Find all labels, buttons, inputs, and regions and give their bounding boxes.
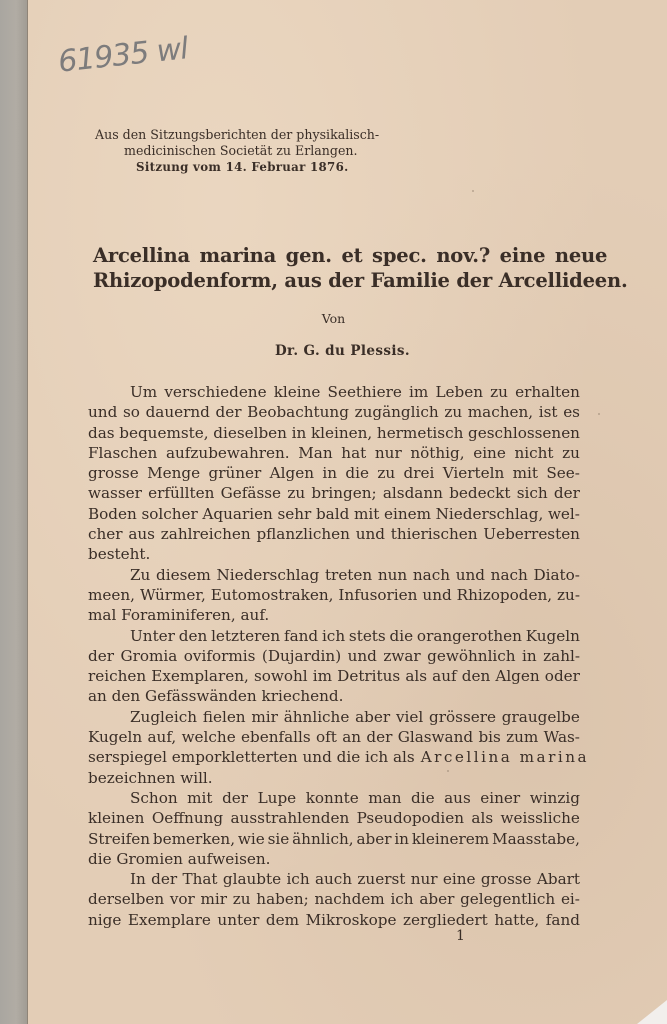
word: im bbox=[313, 666, 332, 686]
word: nicht bbox=[514, 443, 553, 463]
word: eine bbox=[443, 869, 476, 889]
text-line: die Gromien aufweisen. bbox=[88, 849, 580, 869]
word: kleine bbox=[274, 382, 321, 402]
word: treten bbox=[325, 565, 372, 585]
word: haben; bbox=[256, 889, 308, 909]
word: aus bbox=[444, 788, 471, 808]
word: der bbox=[554, 483, 580, 503]
word: zahl- bbox=[543, 646, 580, 666]
word: zu bbox=[562, 443, 580, 463]
word: bringen; bbox=[311, 483, 376, 503]
word: zu bbox=[377, 463, 395, 483]
word: derselben bbox=[88, 889, 164, 909]
word: als bbox=[405, 666, 427, 686]
word: Aquarien bbox=[202, 504, 272, 524]
text-line: ZudiesemNiederschlagtretennunnachundnach… bbox=[88, 565, 580, 585]
word: die bbox=[390, 626, 414, 646]
word: Kugeln bbox=[526, 626, 580, 646]
text-line: Streifenbemerken,wiesieähnlich,aberinkle… bbox=[88, 829, 580, 849]
word: thierischen bbox=[391, 524, 478, 544]
word: und bbox=[456, 565, 485, 585]
word: ich bbox=[390, 889, 413, 909]
word: Zugleich bbox=[130, 707, 197, 727]
species-name-spaced: Arcellina marina bbox=[421, 747, 589, 767]
word: stets bbox=[349, 626, 386, 646]
word: nach bbox=[491, 565, 528, 585]
word: ich bbox=[286, 869, 309, 889]
word: pflanzlichen bbox=[256, 524, 349, 544]
text-line: besteht. bbox=[88, 544, 580, 564]
word: Vierteln bbox=[443, 463, 505, 483]
word: oviformis bbox=[184, 646, 256, 666]
word: vor bbox=[170, 889, 195, 909]
word: der bbox=[88, 646, 114, 666]
word: bis bbox=[478, 727, 500, 747]
word: Rhizopoden, bbox=[457, 585, 552, 605]
word: aus bbox=[128, 524, 155, 544]
word: dauernd bbox=[146, 402, 210, 422]
word: Algen bbox=[270, 463, 314, 483]
word: sehr bbox=[277, 504, 311, 524]
folded-corner bbox=[637, 1000, 667, 1024]
text-line: Zugleichfielenmirähnlicheabervielgrösser… bbox=[88, 707, 580, 727]
word: die bbox=[345, 463, 369, 483]
word: verschiedene bbox=[164, 382, 266, 402]
word: der bbox=[151, 869, 177, 889]
text-line: mal Foraminiferen, auf. bbox=[88, 605, 580, 625]
word: zergliedert bbox=[403, 910, 488, 930]
text-line: derselbenvormirzuhaben;nachdemichabergel… bbox=[88, 889, 580, 909]
word: orangerothen bbox=[417, 626, 522, 646]
text-line: undsodauerndderBeobachtungzugänglichzuma… bbox=[88, 402, 580, 422]
word: aber bbox=[419, 889, 454, 909]
word: mir bbox=[251, 707, 278, 727]
word: That bbox=[182, 869, 217, 889]
word: fand bbox=[284, 626, 318, 646]
word: an bbox=[342, 727, 361, 747]
word: Gromia bbox=[120, 646, 177, 666]
word: mir bbox=[201, 889, 228, 909]
word: ich bbox=[322, 626, 345, 646]
word: zu bbox=[444, 402, 462, 422]
word: es bbox=[563, 402, 580, 422]
word: Gefässe bbox=[221, 483, 281, 503]
word: im bbox=[409, 382, 428, 402]
word: kleinen, bbox=[311, 423, 372, 443]
word: drei bbox=[404, 463, 435, 483]
word: wel- bbox=[548, 504, 580, 524]
word: ebenfalls bbox=[241, 727, 311, 747]
word: diesem bbox=[156, 565, 211, 585]
word: glaubte bbox=[223, 869, 281, 889]
binding-strip bbox=[0, 0, 28, 1024]
word: in bbox=[394, 829, 409, 849]
word: weissliche bbox=[501, 808, 580, 828]
word: Niederschlag bbox=[216, 565, 319, 585]
word: ähnlich, bbox=[292, 829, 353, 849]
word: nige bbox=[88, 910, 121, 930]
word: eine bbox=[473, 443, 506, 463]
word: (Dujardin) bbox=[262, 646, 341, 666]
word: kleinen bbox=[88, 808, 144, 828]
word: Seethiere bbox=[328, 382, 402, 402]
word: kleinerem bbox=[412, 829, 489, 849]
word: letzteren bbox=[211, 626, 280, 646]
word: und bbox=[88, 402, 117, 422]
word: welche bbox=[182, 727, 236, 747]
word: zu- bbox=[557, 585, 580, 605]
word: Exemplare bbox=[128, 910, 211, 930]
word: mit bbox=[513, 463, 538, 483]
word: Exemplaren, bbox=[151, 666, 249, 686]
word: Um bbox=[130, 382, 157, 402]
word: alsdann bbox=[383, 483, 443, 503]
text-line: wassererfülltenGefässezubringen;alsdannb… bbox=[88, 483, 580, 503]
word: cher bbox=[88, 524, 123, 544]
word: Algen bbox=[495, 666, 539, 686]
word: Lupe bbox=[258, 788, 297, 808]
text-line: Kugelnauf,welcheebenfallsoftanderGlaswan… bbox=[88, 727, 580, 747]
text-line: derGromiaoviformis(Dujardin)undzwargewöh… bbox=[88, 646, 580, 666]
word: gewöhnlich bbox=[427, 646, 515, 666]
header-line-2: medicinischen Societät zu Erlangen. bbox=[124, 143, 358, 159]
paper-speck bbox=[472, 190, 474, 192]
word: zahlreichen bbox=[161, 524, 251, 544]
word: die bbox=[411, 788, 435, 808]
word: nöthig, bbox=[410, 443, 464, 463]
title-line-1: Arcellina marina gen. et spec. nov.? ein… bbox=[93, 243, 581, 268]
word: Zu bbox=[130, 565, 150, 585]
word: grosse bbox=[481, 869, 532, 889]
word: bedeckt bbox=[449, 483, 510, 503]
word: sie bbox=[268, 829, 290, 849]
word: so bbox=[123, 402, 140, 422]
word: nur bbox=[375, 443, 402, 463]
word: Würmer, bbox=[140, 585, 206, 605]
paper-speck bbox=[598, 413, 600, 415]
word: nun bbox=[378, 565, 407, 585]
word: solcher bbox=[141, 504, 197, 524]
text-line: serspiegel emporkletterten und die ich a… bbox=[88, 747, 580, 767]
article-title: Arcellina marina gen. et spec. nov.? ein… bbox=[93, 243, 581, 293]
word: der bbox=[216, 402, 242, 422]
word: Ueberresten bbox=[483, 524, 580, 544]
word: meen, bbox=[88, 585, 135, 605]
page-number: 1 bbox=[456, 928, 465, 944]
word: mit bbox=[187, 788, 212, 808]
text-line: Flaschenaufzubewahren.Manhatnurnöthig,ei… bbox=[88, 443, 580, 463]
word: den bbox=[179, 626, 208, 646]
word: auf, bbox=[147, 727, 176, 747]
word: nur bbox=[411, 869, 438, 889]
word: grüner bbox=[208, 463, 261, 483]
word: Unter bbox=[130, 626, 175, 646]
text-line: reichenExemplaren,sowohlimDetritusalsauf… bbox=[88, 666, 580, 686]
word: dieselben bbox=[213, 423, 287, 443]
text-line: nigeExemplareunterdemMikroskopezergliede… bbox=[88, 910, 580, 930]
word: dem bbox=[266, 910, 299, 930]
word: aber bbox=[356, 829, 391, 849]
word: erfüllten bbox=[148, 483, 214, 503]
word: gelegentlich bbox=[460, 889, 555, 909]
word: grössere bbox=[429, 707, 496, 727]
word: graugelbe bbox=[502, 707, 580, 727]
word: In bbox=[130, 869, 146, 889]
word: in bbox=[322, 463, 337, 483]
word: mit bbox=[354, 504, 379, 524]
word: aufzubewahren. bbox=[166, 443, 290, 463]
word: zum bbox=[506, 727, 538, 747]
word: Abart bbox=[537, 869, 580, 889]
text-line: Unterdenletzterenfandichstetsdieorangero… bbox=[88, 626, 580, 646]
text-line: grosseMengegrünerAlgenindiezudreiViertel… bbox=[88, 463, 580, 483]
text-line: kleinenOeffnungausstrahlendenPseudopodie… bbox=[88, 808, 580, 828]
word: den bbox=[462, 666, 491, 686]
byline-label: Von bbox=[0, 311, 667, 326]
word: nachdem bbox=[314, 889, 384, 909]
word: und bbox=[348, 646, 377, 666]
word: machen, bbox=[468, 402, 533, 422]
word: zu bbox=[490, 382, 508, 402]
word: als bbox=[471, 808, 493, 828]
word: wie bbox=[238, 829, 265, 849]
word: zuerst bbox=[357, 869, 405, 889]
text-line: dasbequemste,dieselbeninkleinen,hermetis… bbox=[88, 423, 580, 443]
word: Maasstabe, bbox=[492, 829, 580, 849]
word: zu bbox=[233, 889, 251, 909]
word: Oeffnung bbox=[152, 808, 223, 828]
word: Schon bbox=[130, 788, 178, 808]
word: hermetisch bbox=[377, 423, 463, 443]
word: See- bbox=[546, 463, 580, 483]
text-line: bezeichnen will. bbox=[88, 768, 580, 788]
word: geschlossenen bbox=[468, 423, 580, 443]
word: sowohl bbox=[254, 666, 308, 686]
word: Man bbox=[298, 443, 332, 463]
word: Diato- bbox=[533, 565, 579, 585]
word: einem bbox=[384, 504, 431, 524]
text-line: InderThatglaubteichauchzuerstnureinegros… bbox=[88, 869, 580, 889]
word: fielen bbox=[203, 707, 246, 727]
word: Menge bbox=[147, 463, 200, 483]
word: man bbox=[368, 788, 401, 808]
body-text: UmverschiedenekleineSeethiereimLebenzuer… bbox=[88, 382, 580, 930]
word: Streifen bbox=[88, 829, 150, 849]
word: der bbox=[222, 788, 248, 808]
text-line: UmverschiedenekleineSeethiereimLebenzuer… bbox=[88, 382, 580, 402]
paper-speck bbox=[447, 770, 449, 772]
header-line-1: Aus den Sitzungsberichten der physikalis… bbox=[95, 127, 379, 143]
word: in bbox=[292, 423, 307, 443]
word: hat bbox=[341, 443, 366, 463]
word: bemerken, bbox=[153, 829, 235, 849]
word: und bbox=[356, 524, 385, 544]
title-line-2: Rhizopodenform, aus der Familie der Arce… bbox=[93, 268, 581, 293]
author-name: Dr. G. du Plessis. bbox=[0, 343, 667, 359]
word: auch bbox=[315, 869, 352, 889]
word: Leben bbox=[435, 382, 483, 402]
word: ähnliche bbox=[284, 707, 350, 727]
word: Pseudopodien bbox=[357, 808, 464, 828]
word: oft bbox=[316, 727, 337, 747]
word: hatte, bbox=[494, 910, 539, 930]
word: erhalten bbox=[515, 382, 580, 402]
word: unter bbox=[217, 910, 259, 930]
word: Niederschlag, bbox=[436, 504, 544, 524]
word: sich bbox=[517, 483, 548, 503]
word: bald bbox=[316, 504, 349, 524]
text-line: meen,Würmer,Eutomostraken,InfusorienundR… bbox=[88, 585, 580, 605]
session-date: Sitzung vom 14. Februar 1876. bbox=[136, 159, 348, 175]
word: zugänglich bbox=[355, 402, 439, 422]
word: Detritus bbox=[337, 666, 400, 686]
text-line: SchonmitderLupekonntemandieauseinerwinzi… bbox=[88, 788, 580, 808]
word: viel bbox=[396, 707, 423, 727]
word: oder bbox=[545, 666, 580, 686]
word: winzig bbox=[530, 788, 580, 808]
word: nach bbox=[413, 565, 450, 585]
word: aber bbox=[355, 707, 390, 727]
word: ausstrahlenden bbox=[230, 808, 349, 828]
word: fand bbox=[546, 910, 580, 930]
word: Glaswand bbox=[398, 727, 473, 747]
text-line: BodensolcherAquariensehrbaldmiteinemNied… bbox=[88, 504, 580, 524]
word: zwar bbox=[383, 646, 420, 666]
word: einer bbox=[480, 788, 520, 808]
word: ei- bbox=[561, 889, 580, 909]
word: konnte bbox=[306, 788, 359, 808]
word: wasser bbox=[88, 483, 142, 503]
text-line: an den Gefässwänden kriechend. bbox=[88, 686, 580, 706]
word: Eutomostraken, bbox=[211, 585, 334, 605]
text-fragment: serspiegel emporkletterten und die ich a… bbox=[88, 747, 415, 767]
word: Mikroskope bbox=[306, 910, 397, 930]
word: und bbox=[422, 585, 451, 605]
word: Boden bbox=[88, 504, 137, 524]
word: grosse bbox=[88, 463, 139, 483]
word: Kugeln bbox=[88, 727, 142, 747]
word: ist bbox=[539, 402, 558, 422]
word: das bbox=[88, 423, 115, 443]
word: Beobachtung bbox=[247, 402, 349, 422]
word: Was- bbox=[544, 727, 580, 747]
word: in bbox=[522, 646, 537, 666]
word: Flaschen bbox=[88, 443, 157, 463]
word: der bbox=[366, 727, 392, 747]
word: bequemste, bbox=[119, 423, 208, 443]
text-line: cherauszahlreichenpflanzlichenundthieris… bbox=[88, 524, 580, 544]
word: Infusorien bbox=[338, 585, 417, 605]
word: reichen bbox=[88, 666, 146, 686]
word: zu bbox=[287, 483, 305, 503]
word: auf bbox=[432, 666, 456, 686]
